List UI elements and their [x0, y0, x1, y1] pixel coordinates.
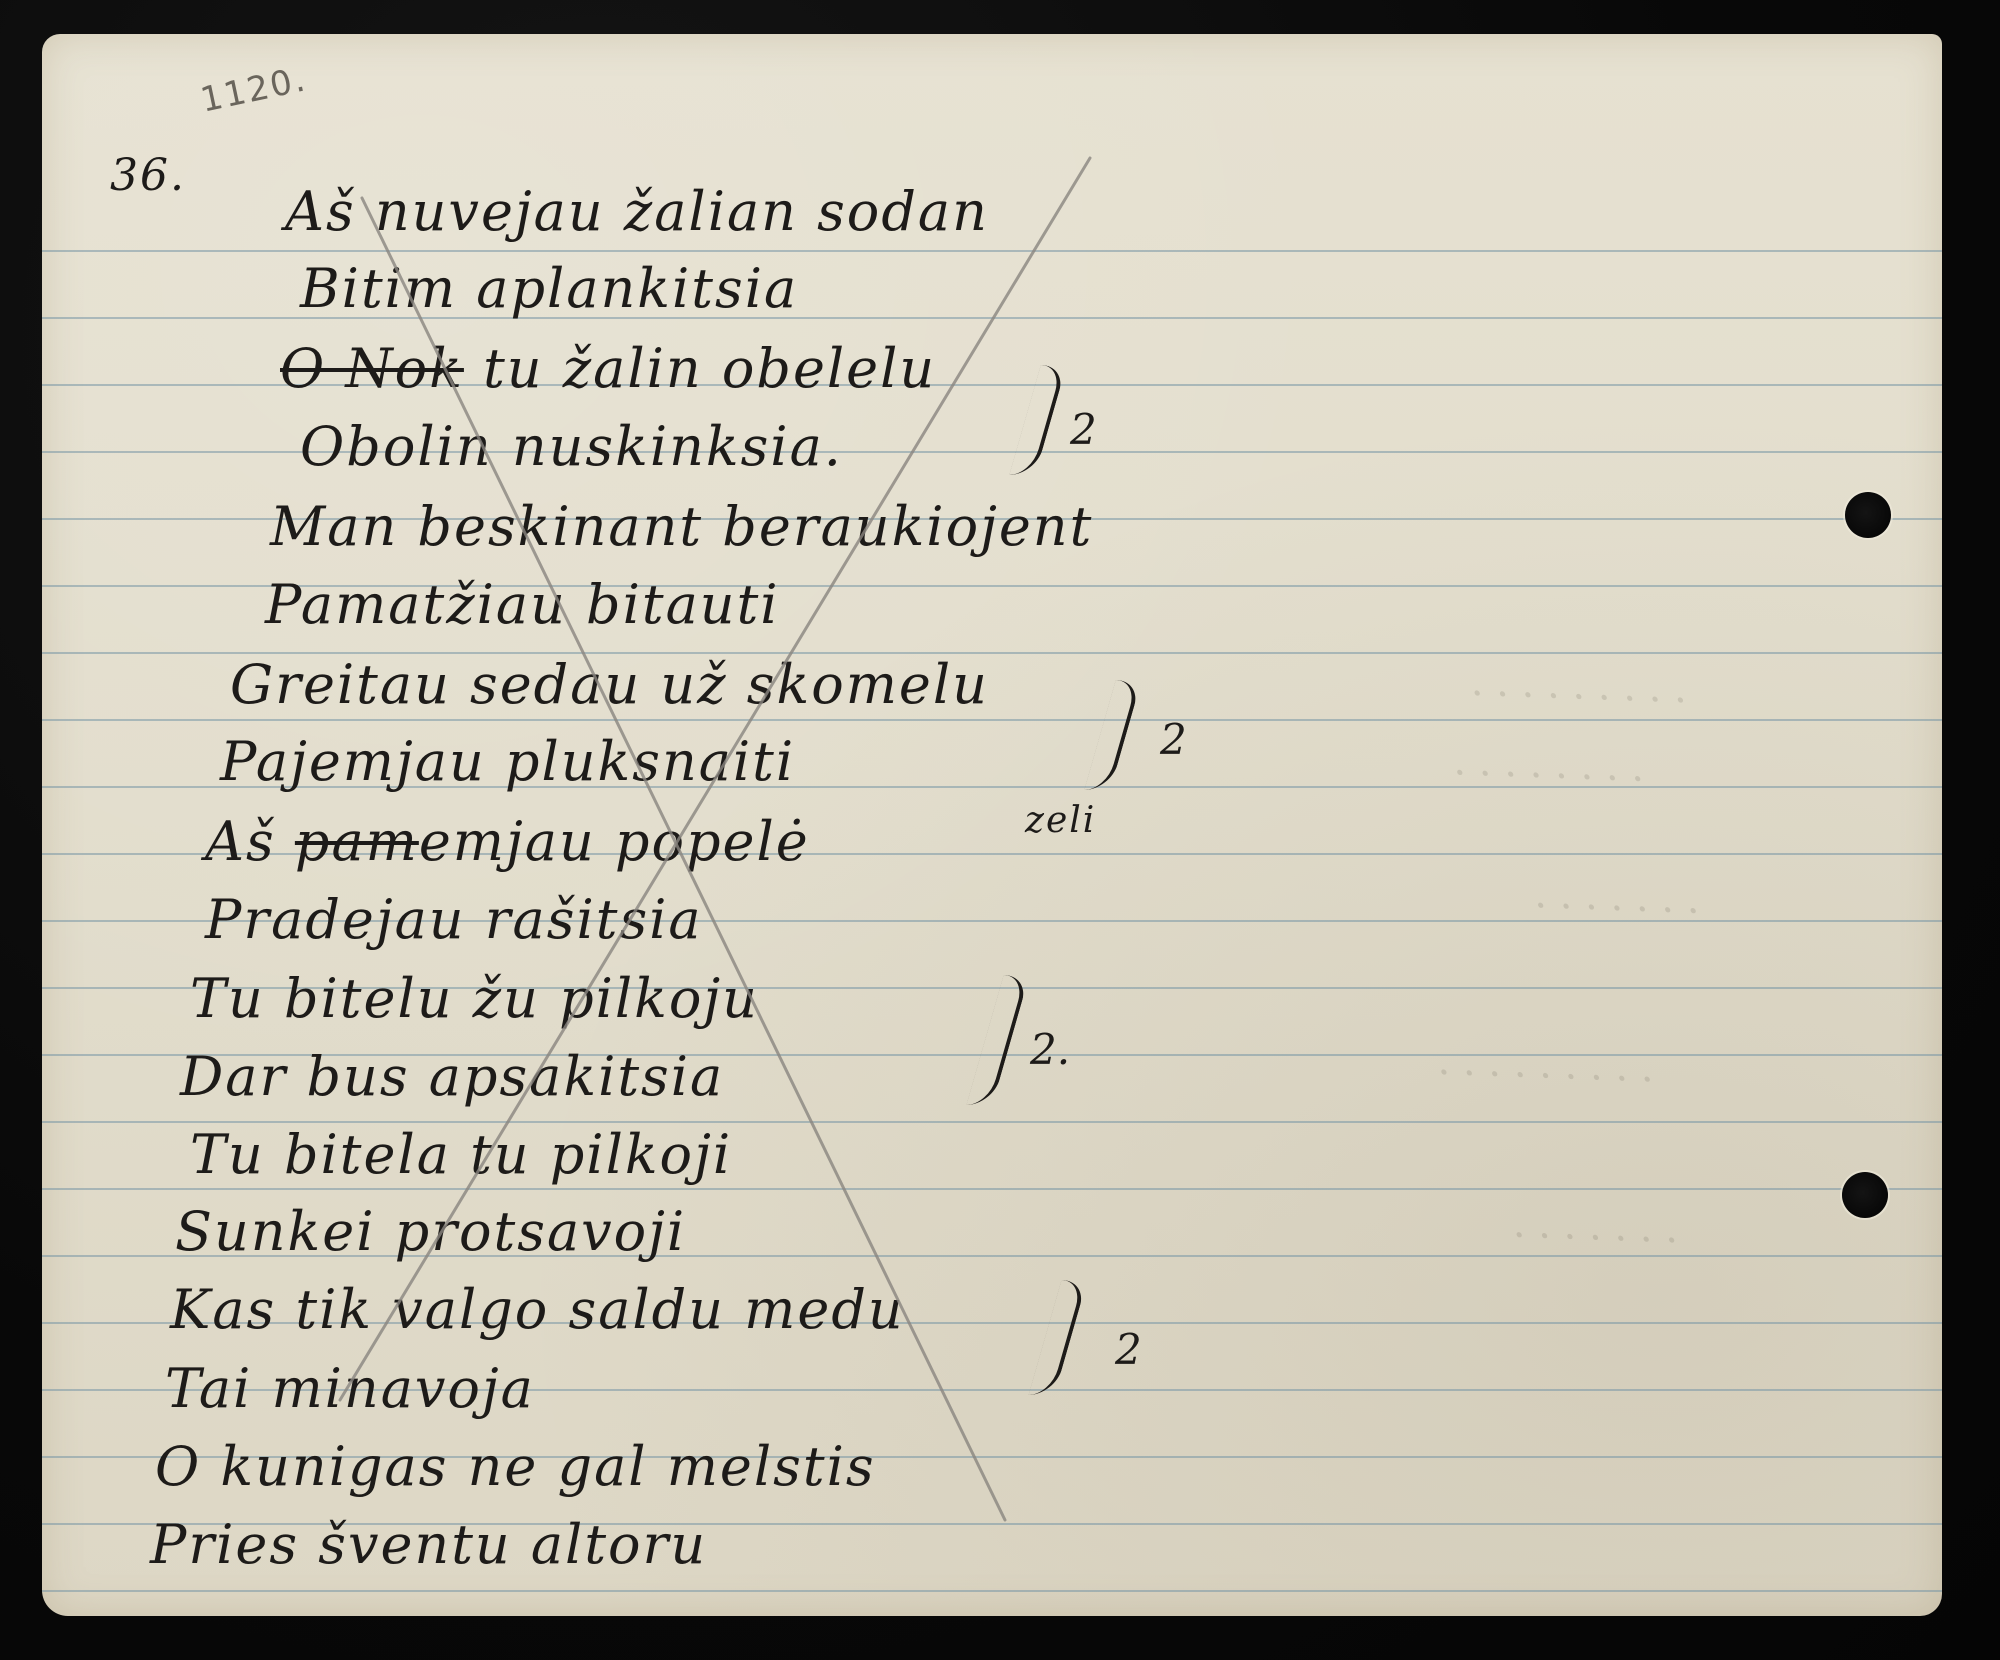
verse-text: Pradejau rašitsia	[205, 888, 703, 951]
verse-line-1: Aš nuvejau žalian sodan	[285, 185, 989, 239]
struck-text: pam	[295, 810, 419, 873]
verse-text: Pajemjau pluksnaiti	[220, 730, 795, 793]
verse-line-18: Pries šventu altoru	[150, 1518, 707, 1572]
verse-text: Bitim aplankitsia	[300, 257, 798, 320]
verse-line-6: Pamatžiau bitauti	[265, 578, 780, 632]
verse-text: Aš nuvejau žalian sodan	[285, 180, 989, 243]
repeat-count: 2.	[1030, 1025, 1070, 1074]
verse-text: Man beskinant beraukiojent	[270, 495, 1093, 558]
verse-line-17: O kunigas ne gal melstis	[155, 1440, 876, 1494]
verse-line-13: Tu bitela tu pilkoji	[190, 1128, 732, 1182]
punch-hole-top	[1845, 492, 1891, 538]
verse-line-5: Man beskinant beraukiojent	[270, 500, 1093, 554]
verse-text: Dar bus apsakitsia	[180, 1045, 724, 1108]
struck-text: O Nok	[280, 337, 464, 400]
repeat-count: 2	[1115, 1325, 1142, 1374]
verse-text: Tu bitela tu pilkoji	[190, 1123, 732, 1186]
verse-line-12: Dar bus apsakitsia	[180, 1050, 724, 1104]
verse-text: Kas tik valgo saldu medu	[170, 1278, 905, 1341]
verse-line-14: Sunkei protsavoji	[175, 1205, 686, 1259]
verse-text: Sunkei protsavoji	[175, 1200, 686, 1263]
verse-line-3: O Nok tu žalin obelelu	[280, 342, 936, 396]
verse-text: Tu bitelu žu pilkoju	[190, 967, 759, 1030]
verse-text: O kunigas ne gal melstis	[155, 1435, 876, 1498]
verse-line-10: Pradejau rašitsia	[205, 893, 703, 947]
verse-line-2: Bitim aplankitsia	[300, 262, 798, 316]
verse-text: Pamatžiau bitauti	[265, 573, 780, 636]
inserted-word: zeli	[1025, 800, 1096, 841]
verse-text: Pries šventu altoru	[150, 1513, 707, 1576]
verse-text-continued: emjau popelė	[419, 810, 810, 873]
repeat-count: 2	[1070, 405, 1097, 454]
verse-text-continued: tu žalin obelelu	[464, 337, 936, 400]
verse-text: Aš	[205, 810, 295, 873]
verse-line-9: Aš pamemjau popelė	[205, 815, 810, 869]
song-number: 36.	[110, 150, 186, 201]
verse-line-4: Obolin nuskinksia.	[300, 420, 843, 474]
repeat-count: 2	[1160, 715, 1187, 764]
punch-hole-bottom	[1842, 1172, 1888, 1218]
verse-text: Obolin nuskinksia.	[300, 415, 843, 478]
verse-line-11: Tu bitelu žu pilkoju	[190, 972, 759, 1026]
verse-text: Tai minavoja	[165, 1357, 535, 1420]
verse-text: Greitau sedau už skomelu	[230, 653, 989, 716]
verse-line-8: Pajemjau pluksnaiti	[220, 735, 795, 789]
verse-line-15: Kas tik valgo saldu medu	[170, 1283, 905, 1337]
verse-line-16: Tai minavoja	[165, 1362, 535, 1416]
verse-line-7: Greitau sedau už skomelu	[230, 658, 989, 712]
